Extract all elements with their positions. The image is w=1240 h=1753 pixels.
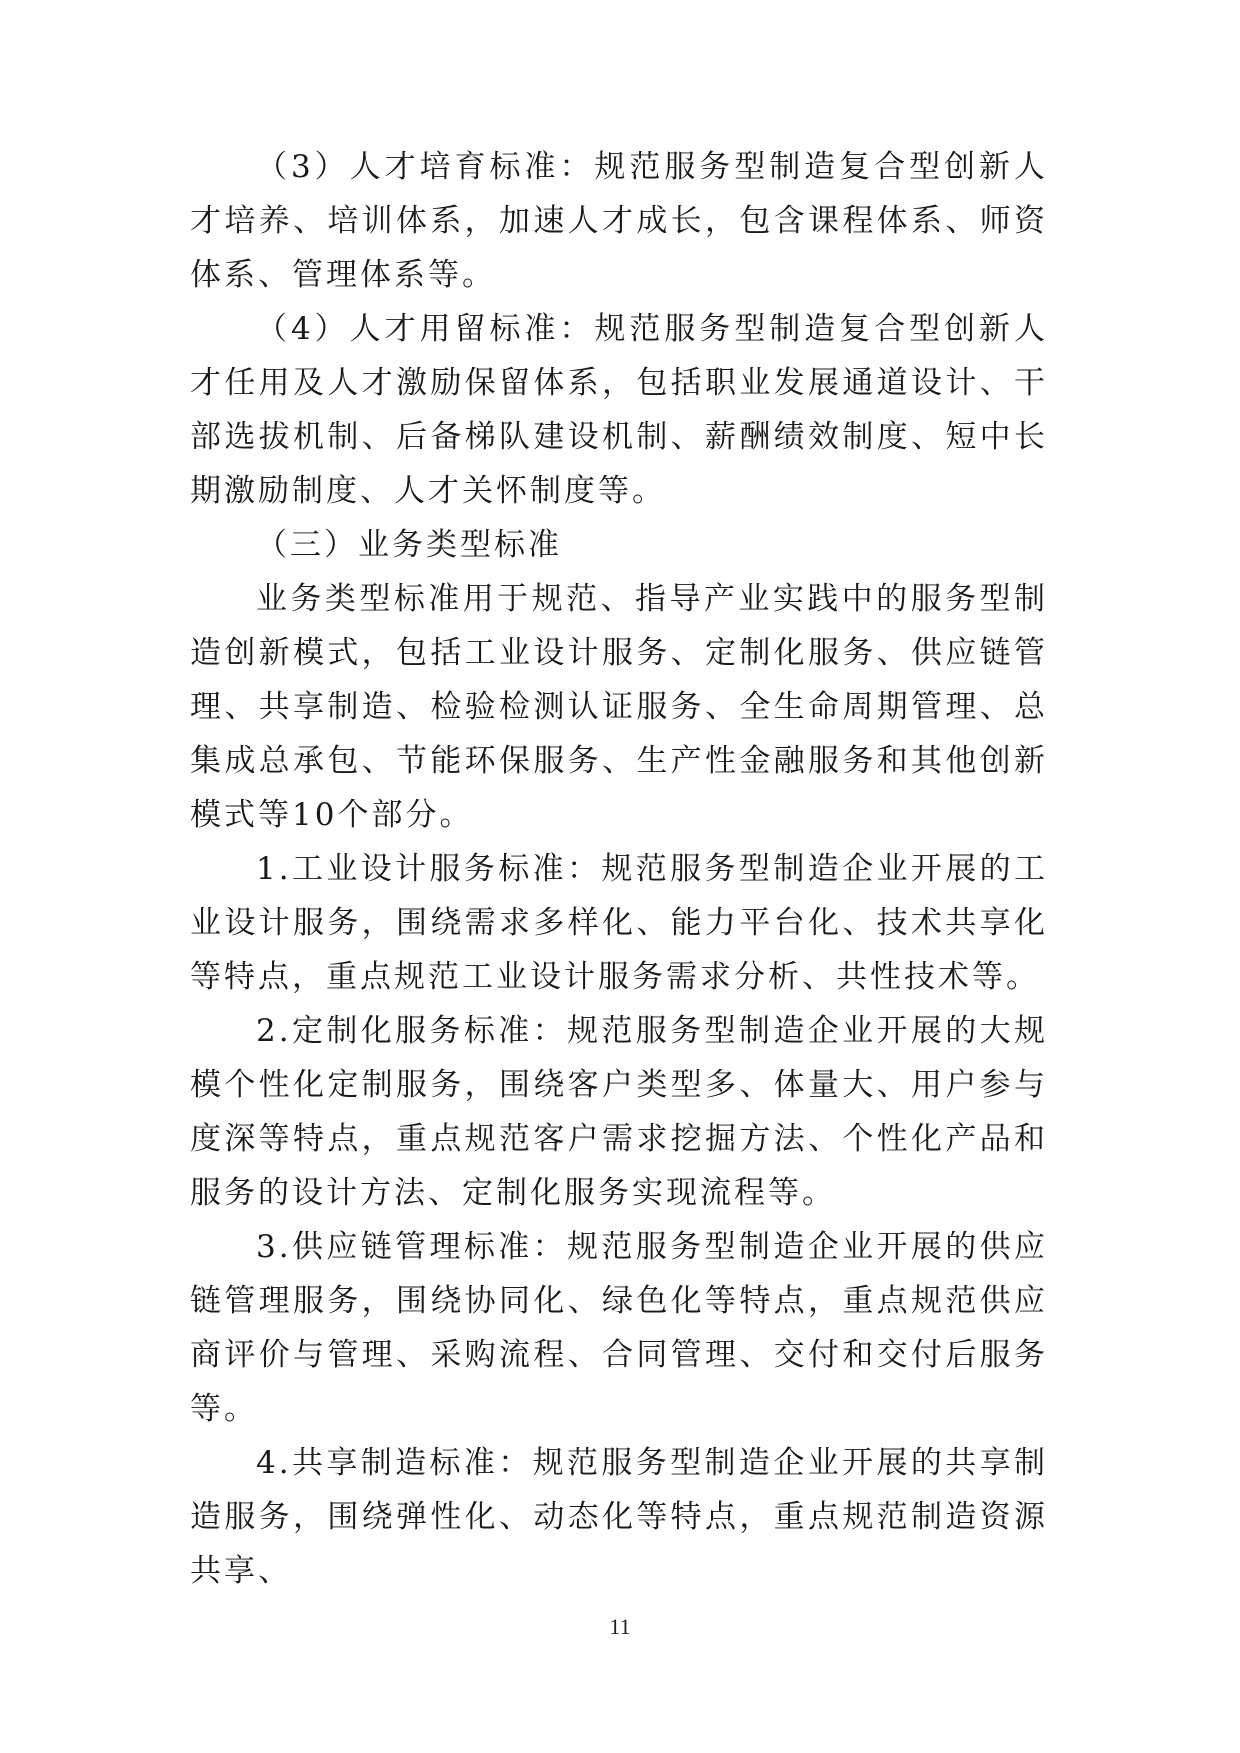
page-number: 11 [0, 1614, 1240, 1640]
paragraph-supply-chain: 3.供应链管理标准：规范服务型制造企业开展的供应链管理服务，围绕协同化、绿色化等… [190, 1220, 1048, 1436]
document-page: （3）人才培育标准：规范服务型制造复合型创新人才培养、培训体系，加速人才成长，包… [190, 140, 1048, 1598]
paragraph-talent-retention: （4）人才用留标准：规范服务型制造复合型创新人才任用及人才激励保留体系，包括职业… [190, 302, 1048, 518]
paragraph-talent-cultivation: （3）人才培育标准：规范服务型制造复合型创新人才培养、培训体系，加速人才成长，包… [190, 140, 1048, 302]
paragraph-shared-manufacturing: 4.共享制造标准：规范服务型制造企业开展的共享制造服务，围绕弹性化、动态化等特点… [190, 1436, 1048, 1598]
paragraph-business-types-intro: 业务类型标准用于规范、指导产业实践中的服务型制造创新模式，包括工业设计服务、定制… [190, 572, 1048, 842]
paragraph-industrial-design: 1.工业设计服务标准：规范服务型制造企业开展的工业设计服务，围绕需求多样化、能力… [190, 842, 1048, 1004]
paragraph-customization: 2.定制化服务标准：规范服务型制造企业开展的大规模个性化定制服务，围绕客户类型多… [190, 1004, 1048, 1220]
section-heading-business-types: （三）业务类型标准 [190, 518, 1048, 572]
